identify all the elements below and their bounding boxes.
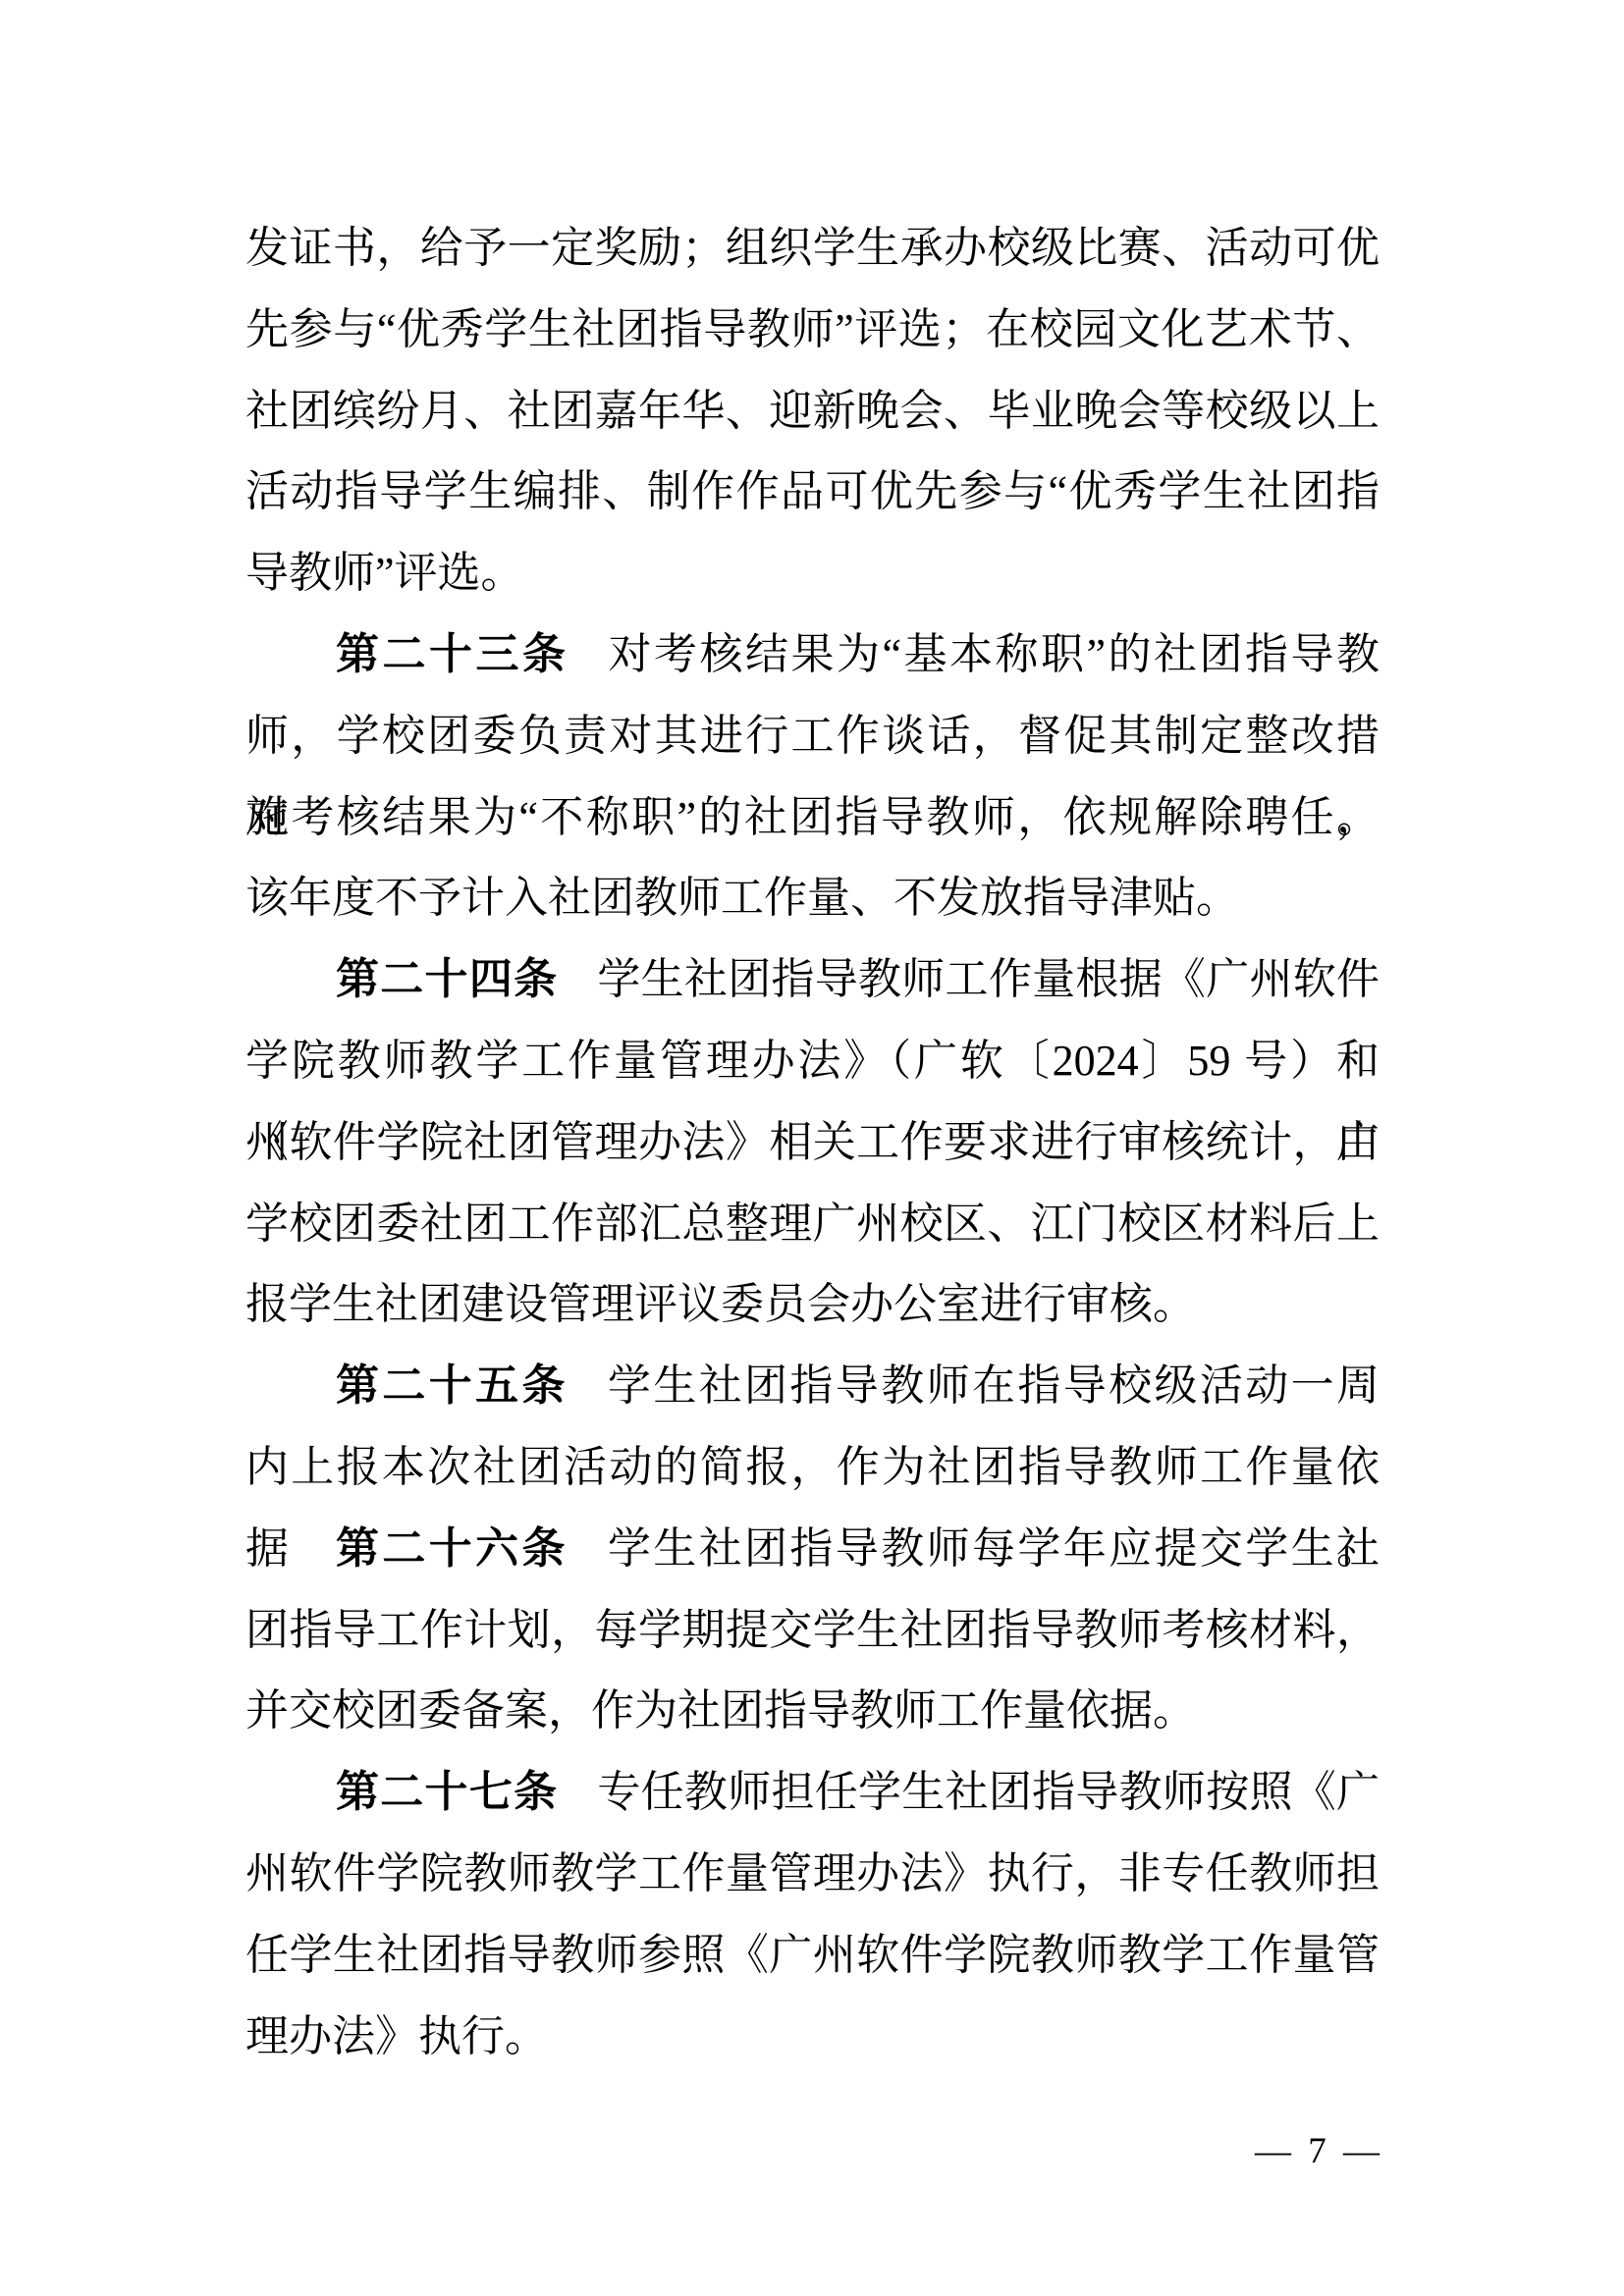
text-line: 理办法》执行。: [245, 1997, 1380, 2078]
article-text: 学生社团指导教师工作量根据《广州软件: [597, 955, 1380, 1003]
text-line: 并交校团委备案，作为社团指导教师工作量依据。: [245, 1671, 1380, 1752]
text-line: 任学生社团指导教师参照《广州软件学院教师教学工作量管: [245, 1915, 1380, 1997]
text-line: 该年度不予计入社团教师工作量、不发放指导津贴。: [245, 858, 1380, 939]
text-line: 团指导工作计划，每学期提交学生社团指导教师考核材料，: [245, 1590, 1380, 1672]
text-line: 师，学校团委负责对其进行工作谈话，督促其制定整改措施。: [245, 696, 1380, 777]
text-line: 发证书，给予一定奖励；组织学生承办校级比赛、活动可优: [245, 208, 1380, 290]
text-line: 内上报本次社团活动的简报，作为社团指导教师工作量依据。: [245, 1427, 1380, 1509]
article-number-label: 第二十七条: [336, 1768, 558, 1816]
text-line: 州软件学院社团管理办法》相关工作要求进行审核统计，由: [245, 1102, 1380, 1184]
article-number-label: 第二十六条: [336, 1524, 568, 1573]
text-line: 导教师”评选。: [245, 533, 1380, 614]
document-page: 发证书，给予一定奖励；组织学生承办校级比赛、活动可优 先参与“优秀学生社团指导教…: [0, 0, 1624, 2296]
article-text: 学生社团指导教师在指导校级活动一周: [608, 1362, 1380, 1410]
article-text: 对考核结果为“基本称职”的社团指导教: [609, 630, 1380, 678]
text-line: 社团缤纷月、社团嘉年华、迎新晚会、毕业晚会等校级以上: [245, 371, 1380, 453]
text-line: 第二十五条学生社团指导教师在指导校级活动一周: [245, 1346, 1380, 1427]
article-number-label: 第二十五条: [336, 1362, 568, 1410]
text-line: 对考核结果为“不称职”的社团指导教师，依规解除聘任，: [245, 777, 1380, 859]
text-line: 第二十三条对考核结果为“基本称职”的社团指导教: [245, 614, 1380, 696]
page-number: — 7 —: [245, 2130, 1380, 2173]
text-line: 第二十七条专任教师担任学生社团指导教师按照《广: [245, 1752, 1380, 1834]
article-number-label: 第二十四条: [336, 955, 558, 1003]
article-number-label: 第二十三条: [336, 630, 569, 678]
text-line: 报学生社团建设管理评议委员会办公室进行审核。: [245, 1264, 1380, 1346]
text-line: 州软件学院教师教学工作量管理办法》执行，非专任教师担: [245, 1834, 1380, 1915]
article-text: 专任教师担任学生社团指导教师按照《广: [597, 1768, 1380, 1816]
article-text: 学生社团指导教师每学年应提交学生社: [608, 1524, 1380, 1573]
text-line: 学校团委社团工作部汇总整理广州校区、江门校区材料后上: [245, 1184, 1380, 1265]
document-body: 发证书，给予一定奖励；组织学生承办校级比赛、活动可优 先参与“优秀学生社团指导教…: [245, 208, 1380, 2077]
text-line: 学院教师教学工作量管理办法》（广软〔2024〕59 号）和《广: [245, 1021, 1380, 1102]
text-line: 先参与“优秀学生社团指导教师”评选；在校园文化艺术节、: [245, 290, 1380, 371]
text-line: 第二十四条学生社团指导教师工作量根据《广州软件: [245, 939, 1380, 1021]
text-line: 第二十六条学生社团指导教师每学年应提交学生社: [245, 1509, 1380, 1590]
text-line: 活动指导学生编排、制作作品可优先参与“优秀学生社团指: [245, 452, 1380, 533]
